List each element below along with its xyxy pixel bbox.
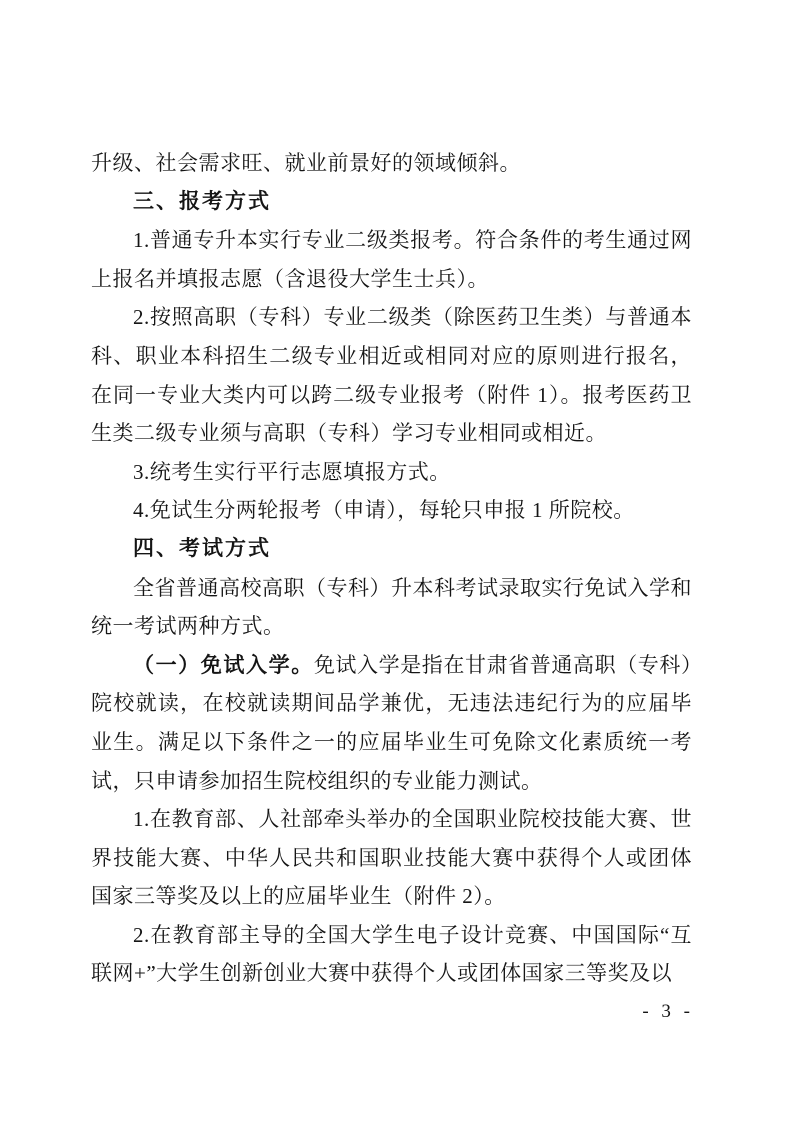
paragraph: 2.按照高职（专科）专业二级类（除医药卫生类）与普通本科、职业本科招生二级专业相…	[91, 298, 692, 452]
paragraph: 3.统考生实行平行志愿填报方式。	[91, 453, 692, 492]
document-body: 升级、社会需求旺、就业前景好的领域倾斜。三、报考方式1.普通专升本实行专业二级类…	[91, 144, 692, 993]
section-heading: 四、考试方式	[91, 530, 692, 569]
paragraph: 4.免试生分两轮报考（申请），每轮只申报 1 所院校。	[91, 491, 692, 530]
paragraph: 升级、社会需求旺、就业前景好的领域倾斜。	[91, 144, 692, 183]
paragraph: 2.在教育部主导的全国大学生电子设计竞赛、中国国际“互联网+”大学生创新创业大赛…	[91, 916, 692, 993]
paragraph: 1.普通专升本实行专业二级类报考。符合条件的考生通过网上报名并填报志愿（含退役大…	[91, 221, 692, 298]
page-number: - 3 -	[642, 999, 694, 1025]
paragraph: 全省普通高校高职（专科）升本科考试录取实行免试入学和统一考试两种方式。	[91, 569, 692, 646]
document-page: 升级、社会需求旺、就业前景好的领域倾斜。三、报考方式1.普通专升本实行专业二级类…	[0, 0, 794, 1123]
section-heading: 三、报考方式	[91, 183, 692, 222]
paragraph-lead: （一）免试入学。	[133, 653, 314, 677]
paragraph: 1.在教育部、人社部牵头举办的全国职业院校技能大赛、世界技能大赛、中华人民共和国…	[91, 800, 692, 916]
paragraph: （一）免试入学。免试入学是指在甘肃省普通高职（专科）院校就读，在校就读期间品学兼…	[91, 646, 692, 800]
